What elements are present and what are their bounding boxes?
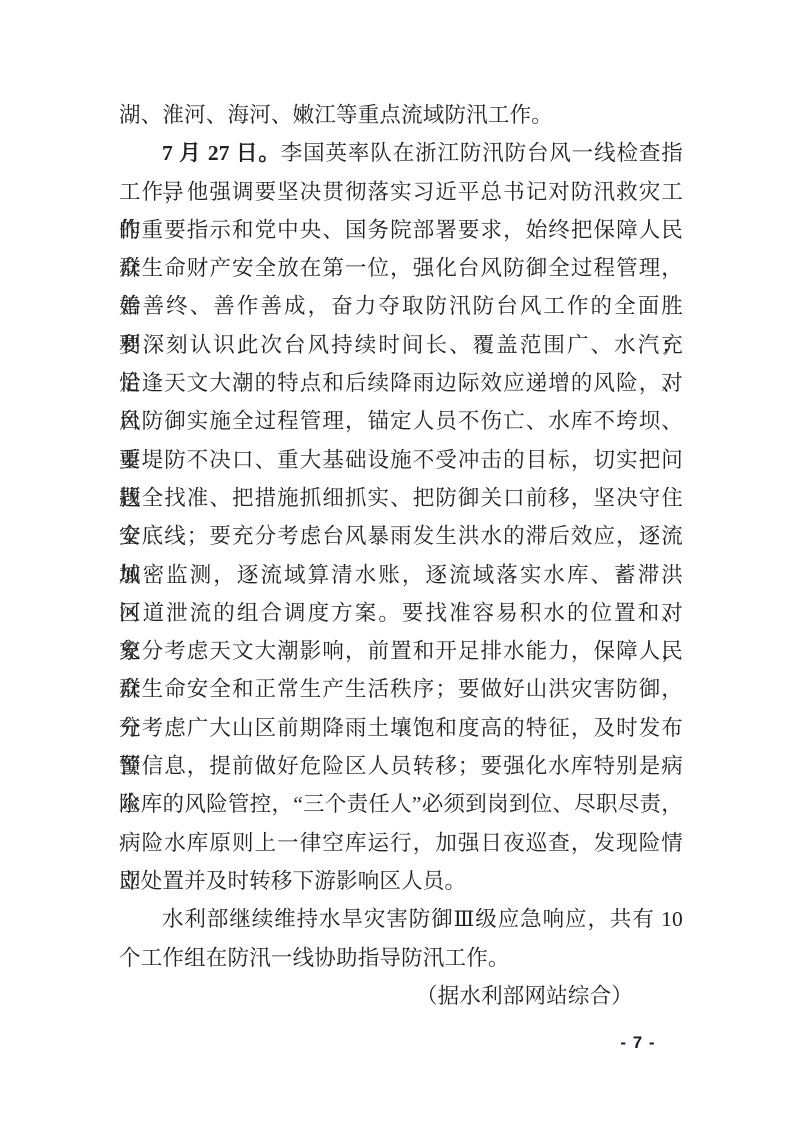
- date-bold-text: 7 月 27 日。: [162, 141, 281, 165]
- attribution-line: （据水利部网站综合）: [119, 977, 683, 1015]
- text-line: 分考虑广大山区前期降雨土壤饱和度高的特征，及时发布预: [119, 709, 683, 747]
- text-line: 众生命财产安全放在第一位，强化台风防御全过程管理，善: [119, 249, 683, 287]
- text-line: 众生命安全和正常生产生活秩序；要做好山洪灾害防御，充: [119, 670, 683, 708]
- text-line: 的重要指示和党中央、国务院部署要求，始终把保障人民群: [119, 211, 683, 249]
- text-line: 要深刻认识此次台风持续时间长、覆盖范围广、水汽充足、: [119, 326, 683, 364]
- text-line: 找全找准、把措施抓细抓实、把防御关口前移，坚决守住安: [119, 479, 683, 517]
- text-line: 充分考虑天文大潮影响，前置和开足排水能力，保障人民群: [119, 632, 683, 670]
- text-line: 河道泄流的组合调度方案。要找准容易积水的位置和对象，: [119, 594, 683, 632]
- text-line: 风防御实施全过程管理，锚定人员不伤亡、水库不垮坝、重: [119, 402, 683, 440]
- body-text: 湖、淮河、海河、嫩江等重点流域防汛工作。 7 月 27 日。李国英率队在浙江防汛…: [119, 96, 683, 1015]
- text-line: 全底线；要充分考虑台风暴雨发生洪水的滞后效应，逐流域: [119, 517, 683, 555]
- text-line: 要堤防不决口、重大基础设施不受冲击的目标，切实把问题: [119, 441, 683, 479]
- text-line: 湖、淮河、海河、嫩江等重点流域防汛工作。: [119, 96, 683, 134]
- text-line: 即处置并及时转移下游影响区人员。: [119, 862, 683, 900]
- text-line: 警信息，提前做好危险区人员转移；要强化水库特别是病险: [119, 747, 683, 785]
- text-line: 始善终、善作善成，奋力夺取防汛防台风工作的全面胜利；: [119, 287, 683, 325]
- text-line-date: 7 月 27 日。李国英率队在浙江防汛防台风一线检查指导: [119, 134, 683, 172]
- text-line: 加密监测，逐流域算清水账，逐流域落实水库、蓄滞洪区、: [119, 556, 683, 594]
- text-line: 工作，他强调要坚决贯彻落实习近平总书记对防汛救灾工作: [119, 173, 683, 211]
- text-line: 恰逢天文大潮的特点和后续降雨边际效应递增的风险，对台: [119, 364, 683, 402]
- text-line: 病险水库原则上一律空库运行，加强日夜巡查，发现险情立: [119, 824, 683, 862]
- page-number: - 7 -: [603, 1033, 673, 1053]
- text-line: 水利部继续维持水旱灾害防御Ⅲ级应急响应，共有 10: [119, 900, 683, 938]
- text-line: 水库的风险管控，“三个责任人”必须到岗到位、尽职尽责，: [119, 785, 683, 823]
- text-line: 个工作组在防汛一线协助指导防汛工作。: [119, 939, 683, 977]
- document-page: 湖、淮河、海河、嫩江等重点流域防汛工作。 7 月 27 日。李国英率队在浙江防汛…: [0, 0, 800, 1131]
